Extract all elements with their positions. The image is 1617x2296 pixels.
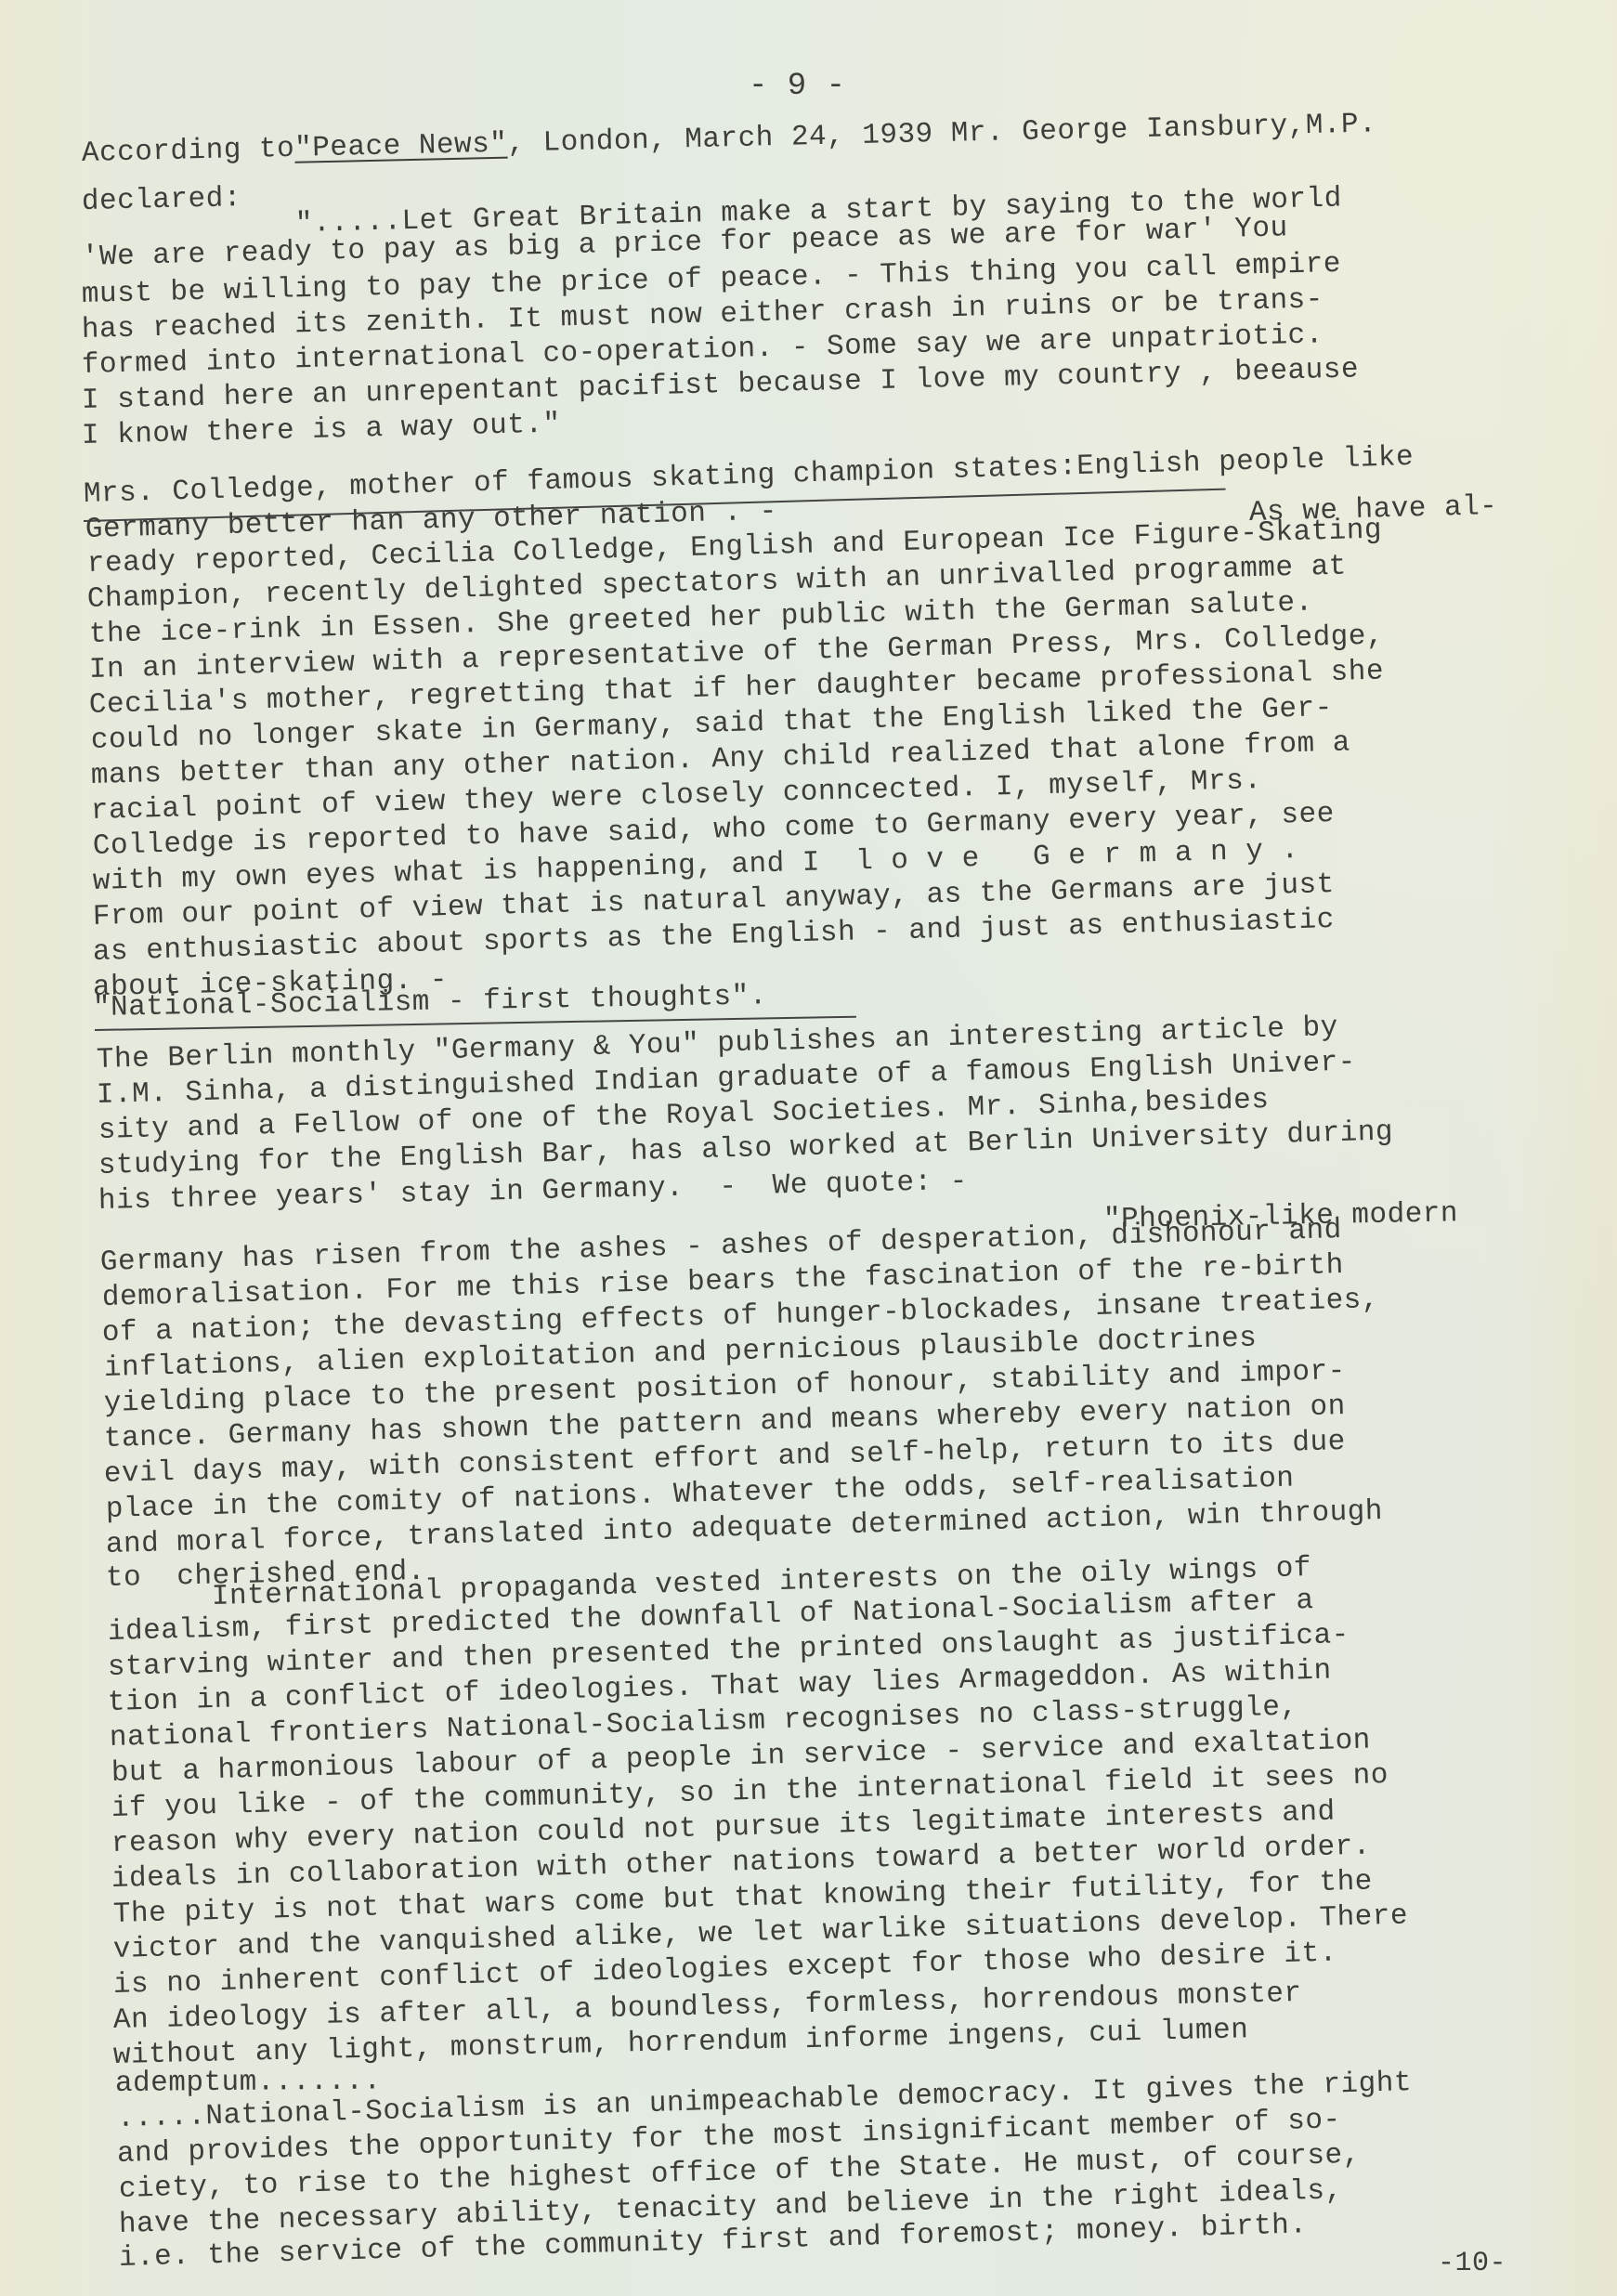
colledge-heading-continuation: English people like [1076,441,1415,483]
lansbury-intro-line: According to"Peace News", London, March … [82,108,1377,171]
lansbury-intro-line2: declared: [82,182,242,219]
intro-prefix: According to [82,133,295,170]
source-peace-news: "Peace News" [294,128,508,165]
page-number: - 9 - [749,69,846,104]
typewritten-page: - 9 - According to"Peace News", London, … [0,0,1617,2296]
intro-suffix: , London, March 24, 1939 Mr. George Ians… [507,108,1377,160]
next-page-marker: -10- [1438,2248,1506,2279]
